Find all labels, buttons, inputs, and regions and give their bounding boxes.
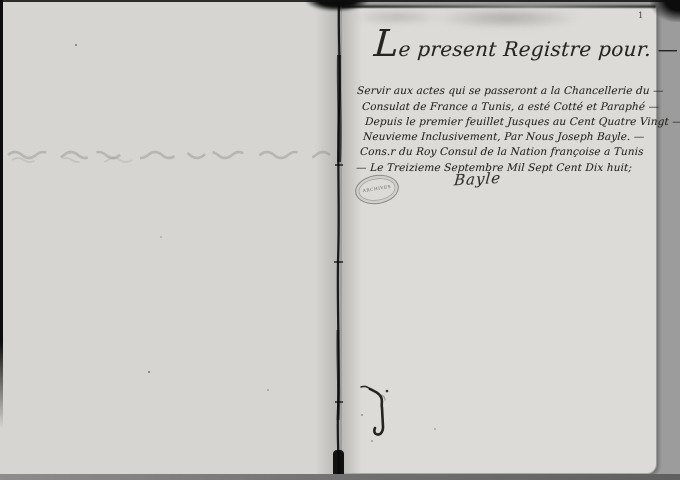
bleedthrough-squiggle	[2, 140, 336, 166]
right-page: 1 Le present Registre pour. — Servir aux…	[342, 5, 657, 474]
book-binding	[324, 0, 356, 480]
scan-edge-top	[0, 0, 680, 2]
scanned-register-spread: 1 Le present Registre pour. — Servir aux…	[0, 0, 680, 480]
left-page-blank	[0, 0, 337, 474]
dust-speck	[75, 44, 77, 46]
dust-speck	[434, 428, 436, 430]
manuscript-line: Cons.r du Roy Consul de la Nation franço…	[360, 146, 644, 158]
register-title-line: Le present Registre pour. —	[373, 29, 680, 61]
smudge-mark	[432, 7, 582, 29]
scan-edge-bottom	[0, 474, 680, 480]
manuscript-line: Consulat de France a Tunis, a esté Cotté…	[362, 101, 660, 113]
manuscript-line: Depuis le premier feuillet Jusques au Ce…	[365, 116, 680, 128]
dust-speck	[160, 236, 162, 238]
scan-edge-left	[0, 0, 3, 428]
folio-number: 1	[638, 11, 643, 20]
manuscript-line: Neuvieme Inclusivement, Par Nous Joseph …	[363, 131, 645, 143]
ink-blot	[356, 381, 402, 453]
dust-speck	[148, 371, 150, 373]
manuscript-line: Servir aux actes qui se passeront a la C…	[357, 85, 664, 97]
dust-speck	[616, 53, 618, 55]
dust-speck	[267, 389, 269, 391]
archive-stamp-text: ARCHIVES	[363, 185, 392, 194]
scan-corner-top-right	[650, 0, 680, 22]
signature-bayle: Bayle	[453, 169, 502, 190]
